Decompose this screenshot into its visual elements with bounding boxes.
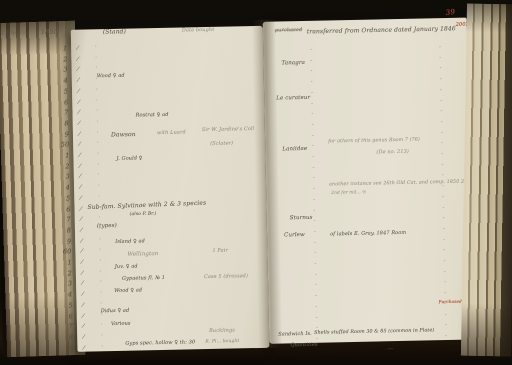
handwriting-entry: Bucklings: [209, 327, 235, 333]
ditto-mark: ’: [100, 302, 102, 307]
row-number: 4: [56, 77, 68, 85]
ditto-mark: ″: [313, 199, 315, 204]
ditto-mark: ″: [314, 220, 316, 225]
ditto-mark: ″: [445, 324, 447, 329]
handwriting-entry: Gypaetus fl. № 1: [122, 275, 165, 281]
ditto-mark: ’: [100, 291, 102, 296]
handwriting-entry: Juv. ♀ ad: [115, 263, 138, 269]
row-number: 8: [59, 227, 71, 235]
row-number: 1: [60, 259, 72, 267]
row-number: 60: [59, 248, 71, 256]
ditto-mark: ″: [443, 249, 445, 254]
ditto-mark: ⁄: [81, 227, 82, 234]
ditto-mark: ⁄: [79, 130, 80, 137]
ditto-mark: ″: [440, 67, 442, 72]
ditto-mark: ″: [316, 306, 318, 311]
ditto-mark: ⁄: [82, 301, 83, 308]
left-margin-scrap-text: 12 № 1a: [1, 29, 26, 37]
ditto-mark: ’: [99, 216, 101, 221]
ditto-mark: ″: [443, 217, 445, 222]
ditto-mark: ’: [98, 184, 100, 189]
handwriting-entry: Island ♀ ad: [115, 238, 145, 244]
handwriting-entry: Case 5 (dressed): [204, 273, 248, 279]
row-number: 8: [61, 334, 73, 342]
ditto-mark: ’: [98, 163, 100, 168]
ditto-mark: ″: [315, 263, 317, 268]
handwriting-entry: Wood ♀ ad: [97, 73, 125, 79]
handwriting-entry: Laniidae: [282, 145, 307, 152]
ditto-mark: ″: [316, 316, 318, 321]
ditto-mark: ″: [311, 81, 313, 86]
ditto-mark: ″: [315, 295, 317, 300]
row-number: 3: [56, 66, 68, 74]
ditto-mark: ″: [442, 164, 444, 169]
row-number: 5: [56, 88, 68, 96]
handwriting-entry: Quantities: [290, 342, 317, 348]
ditto-mark: ″: [316, 338, 318, 343]
row-number: 7: [61, 323, 73, 331]
row-number: 4: [60, 291, 72, 299]
ditto-mark: ⁄: [81, 248, 82, 255]
ditto-mark: ⁄: [79, 120, 80, 127]
ditto-mark: ″: [444, 260, 446, 265]
ditto-mark: ⁄: [78, 109, 79, 116]
ditto-mark: ’: [100, 281, 102, 286]
ditto-mark: ⁄: [80, 173, 81, 180]
ditto-mark: ″: [441, 121, 443, 126]
ditto-mark: ″: [312, 134, 314, 139]
ditto-mark: ″: [312, 113, 314, 118]
ditto-mark: ⁄: [77, 55, 78, 62]
row-number: 6: [61, 312, 73, 320]
right-page-ditto-columns: ″″″″″″″″″″″″″″″″″″″″″″″″″″″″″″″″″″″″″″″″…: [0, 0, 508, 5]
ditto-mark: ⁄: [82, 280, 83, 287]
ditto-mark: ″: [313, 177, 315, 182]
ditto-mark: ″: [444, 292, 446, 297]
row-number: 9: [59, 237, 71, 245]
row-number: 7: [59, 216, 71, 224]
ditto-mark: ⁄: [80, 184, 81, 191]
handwriting-entry: ﹏: [387, 342, 393, 351]
ditto-mark: ’: [99, 238, 101, 243]
open-register-book: 12 № 1a 1850 (Stand) Date bought purchas…: [0, 0, 512, 365]
handwriting-entry: Sturnus: [290, 214, 313, 221]
ditto-mark: ″: [442, 174, 444, 179]
ditto-mark: ⁄: [78, 77, 79, 84]
handwriting-entry: Tanagra: [281, 59, 305, 66]
row-number: 3: [60, 280, 72, 288]
ditto-mark: ⁄: [79, 141, 80, 148]
ditto-mark: ⁄: [83, 312, 84, 319]
row-number: 9: [57, 131, 69, 139]
row-number: 1: [55, 45, 67, 53]
row-number: 7: [56, 109, 68, 117]
ditto-mark: ″: [444, 281, 446, 286]
row-number: 8: [57, 120, 69, 128]
ditto-mark: ’: [97, 131, 99, 136]
ditto-mark: ″: [445, 335, 447, 340]
row-number: 2: [55, 56, 67, 64]
ditto-mark: ″: [439, 57, 441, 62]
row-number: 9: [61, 344, 73, 352]
ditto-mark: ″: [440, 78, 442, 83]
ditto-mark: ’: [96, 99, 98, 104]
handwriting-entry: Sandwich Is.: [278, 331, 312, 337]
ditto-mark: ″: [312, 145, 314, 150]
ditto-mark: ’: [97, 142, 99, 147]
left-page-number-header: 1850: [41, 28, 58, 36]
ditto-mark: ″: [439, 46, 441, 51]
ditto-mark: ″: [314, 209, 316, 214]
ditto-mark: ⁄: [83, 334, 84, 341]
handwriting-entry: with Luard: [157, 129, 186, 135]
handwriting-entry: Le curateur: [276, 94, 310, 101]
handwriting-entry: (Sclater): [210, 140, 233, 146]
ditto-mark: ⁄: [78, 87, 79, 94]
ditto-mark: ″: [315, 273, 317, 278]
ditto-mark: ’: [101, 334, 103, 339]
row-number: 4: [58, 184, 70, 192]
row-number: 50: [57, 141, 69, 149]
ditto-mark: ’: [100, 270, 102, 275]
ditto-mark: ″: [441, 110, 443, 115]
ditto-mark: ’: [96, 88, 98, 93]
ditto-mark: ″: [440, 100, 442, 105]
handwriting-entry: Rostrat ♀ ad: [136, 112, 169, 118]
ditto-mark: ⁄: [80, 194, 81, 201]
ditto-mark: ⁄: [78, 66, 79, 73]
ditto-mark: ’: [97, 152, 99, 157]
red-folio-number: 39: [445, 8, 455, 17]
handwriting-entry: Curlew: [284, 231, 305, 238]
ditto-mark: ″: [316, 327, 318, 332]
ditto-mark: ″: [443, 207, 445, 212]
ditto-mark: ″: [440, 89, 442, 94]
ditto-mark: ’: [95, 45, 97, 50]
ditto-mark: ″: [441, 142, 443, 147]
ditto-mark: ⁄: [82, 259, 83, 266]
ditto-mark: ⁄: [77, 45, 78, 52]
row-number: 2: [58, 163, 70, 171]
ditto-mark: ’: [97, 120, 99, 125]
ditto-mark: ″: [311, 102, 313, 107]
photo-of-register-book: 12 № 1a 1850 (Stand) Date bought purchas…: [0, 0, 512, 365]
ditto-mark: ⁄: [82, 291, 83, 298]
ditto-mark: ″: [444, 271, 446, 276]
ditto-mark: ″: [443, 239, 445, 244]
ditto-mark: ″: [310, 49, 312, 54]
right-page-entries: TanagraLe curateurfor others of this gen…: [0, 0, 508, 5]
ditto-mark: ⁄: [83, 344, 84, 351]
row-number: 6: [56, 98, 68, 106]
right-page-struck-word: purchased: [275, 27, 303, 33]
row-number: 5: [58, 195, 70, 203]
ditto-mark: ″: [314, 241, 316, 246]
handwriting-entry: J. Gould ♀: [116, 155, 142, 161]
ditto-mark: ″: [443, 228, 445, 233]
ditto-mark: ’: [99, 249, 101, 254]
ditto-mark: ⁄: [80, 162, 81, 169]
handwriting-entry: Wellington: [127, 250, 158, 257]
ditto-mark: ⁄: [81, 216, 82, 223]
ditto-mark: ⁄: [81, 237, 82, 244]
left-page-date-bought-header: Date bought: [182, 27, 215, 33]
ditto-mark: ″: [314, 231, 316, 236]
ditto-mark: ’: [95, 56, 97, 61]
right-page-edges-stack: [461, 4, 512, 357]
handwriting-entry: R. Pl… bought: [205, 338, 239, 344]
handwriting-entry: Didus ♀ ad: [101, 308, 130, 314]
ditto-mark: ’: [101, 345, 103, 350]
row-number: 5: [60, 302, 72, 310]
ditto-mark: ″: [312, 156, 314, 161]
ditto-mark: ’: [98, 195, 100, 200]
left-page-entries: Wood ♀ adRostrat ♀ adDawsonwith LuardSir…: [0, 0, 508, 5]
ditto-mark: ’: [100, 259, 102, 264]
ditto-mark: ″: [445, 303, 447, 308]
ditto-mark: ″: [442, 185, 444, 190]
ditto-mark: ″: [315, 284, 317, 289]
handwriting-entry: 2nd for mil… ½: [331, 190, 366, 196]
handwriting-entry: Various: [111, 321, 131, 327]
handwriting-entry: 1 Pair: [212, 248, 228, 254]
ditto-mark: ″: [313, 166, 315, 171]
ditto-mark: ″: [311, 92, 313, 97]
handwriting-entry: (also P. Br.): [130, 211, 157, 217]
ditto-mark: ⁄: [78, 98, 79, 105]
handwriting-entry: (types): [97, 222, 117, 229]
ditto-mark: ″: [312, 124, 314, 129]
ditto-mark: ″: [314, 252, 316, 257]
ditto-mark: ″: [442, 196, 444, 201]
handwriting-entry: Dawson: [111, 131, 136, 139]
ditto-mark: ’: [101, 323, 103, 328]
left-page-stand-header: (Stand): [103, 28, 126, 35]
ditto-mark: ″: [441, 132, 443, 137]
row-number: 2: [60, 270, 72, 278]
left-page-row-numbers: 1⁄’2⁄’3⁄’4⁄’5⁄’6⁄’7⁄’8⁄’9⁄’50⁄’1⁄’2⁄’3⁄’…: [0, 0, 508, 5]
handwriting-entry: Sir W. Jardine's Coll: [202, 126, 255, 133]
ditto-mark: ’: [96, 67, 98, 72]
handwriting-entry: Wood ♀ ad: [114, 287, 142, 293]
ditto-mark: ⁄: [82, 269, 83, 276]
ditto-mark: ″: [310, 59, 312, 64]
handwriting-entry: (De no. 213): [376, 149, 409, 155]
row-number: 3: [58, 173, 70, 181]
row-number: 6: [58, 205, 70, 213]
ditto-mark: ’: [98, 174, 100, 179]
ditto-mark: ″: [313, 188, 315, 193]
ditto-mark: ’: [96, 109, 98, 114]
ditto-mark: ″: [311, 70, 313, 75]
ditto-mark: ⁄: [79, 152, 80, 159]
row-number: 1: [57, 152, 69, 160]
ditto-mark: ″: [445, 314, 447, 319]
ditto-mark: ″: [441, 153, 443, 158]
ditto-mark: ⁄: [83, 323, 84, 330]
ditto-mark: ⁄: [80, 205, 81, 212]
